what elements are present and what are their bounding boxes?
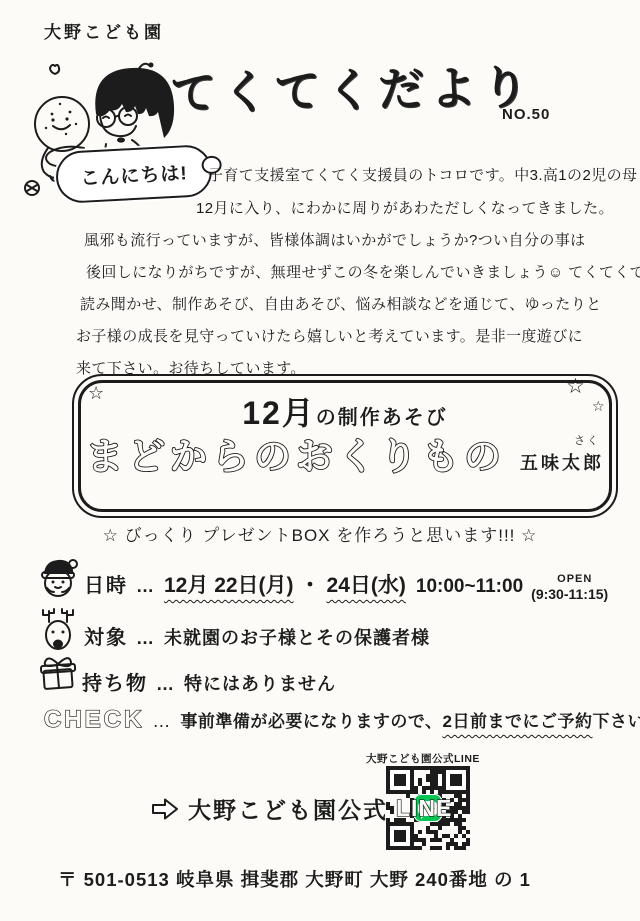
items-label: 持ち物 — [82, 673, 148, 695]
datetime-row: 日時…12月 22日(月)・24日(水)10:00~11:00OPEN(9:30… — [84, 569, 608, 602]
items-value: 特にはありません — [184, 674, 336, 694]
intro-line-7: 来て下さい。お待ちしています。 — [76, 357, 306, 378]
right-arrow-icon — [150, 796, 180, 822]
event-tagline: ☆ びっくり プレゼントBOX を作ろうと思います!!! ☆ — [0, 521, 640, 546]
santa-icon — [36, 556, 80, 602]
open-time-block: OPEN(9:30-11:15) — [531, 573, 608, 602]
intro-line-6: お子様の成長を見守っていけたら嬉しいと考えています。是非一度遊びに — [76, 325, 583, 346]
intro-line-5: 読み聞かせ、制作あそび、自由あそび、悩み相談などを通じて、ゆったりと — [80, 293, 602, 314]
intro-line-1: 子育て支援室てくてく支援員のトコロです。中3.高1の2児の母 — [208, 164, 637, 185]
author-role: さく — [520, 432, 604, 448]
event-date-1: 12月 22日(月) — [164, 574, 294, 597]
address-footer: 〒 501-0513 岐阜県 揖斐郡 大野町 大野 240番地 の 1 — [58, 866, 531, 892]
gift-box-icon — [36, 652, 82, 696]
date-separator: ・ — [300, 574, 321, 597]
greeting-speech-bubble: こんにちは! — [55, 144, 214, 204]
intro-line-2: 12月に入り、にわかに周りがあわただしくなってきました。 — [196, 197, 614, 218]
book-title: まどからのおくりもの — [86, 436, 506, 477]
line-word: LINE — [396, 795, 452, 822]
check-row: CHECK…事前準備が必要になりますので、2日前までにご予約下さい。 — [44, 706, 640, 734]
qr-caption: 大野こども園公式LINE — [366, 751, 480, 766]
intro-line-4: 後回しになりがちですが、無理せずこの冬を楽しんでいきましょう☺ てくてくでは — [86, 261, 640, 282]
event-date-2: 24日(水) — [327, 574, 406, 597]
target-label: 対象 — [84, 627, 128, 649]
issue-number: NO.50 — [502, 106, 550, 123]
author-block: さく五味太郎 — [520, 432, 604, 475]
author-name: 五味太郎 — [520, 449, 604, 475]
line-account-callout: 大野こども園公式LINE — [150, 792, 452, 825]
target-row: 対象…未就園のお子様とその保護者様 — [84, 621, 430, 650]
items-row: 持ち物…特にはありません — [82, 667, 336, 696]
greeting-text: こんにちは! — [80, 158, 189, 191]
open-time: (9:30-11:15) — [531, 586, 608, 602]
newsletter-page: 大野こども園 — [0, 0, 640, 921]
line-account-name: 大野こども園公式 — [188, 792, 388, 825]
event-time: 10:00~11:00 — [416, 576, 523, 597]
reindeer-icon — [36, 606, 80, 654]
org-name: 大野こども園 — [44, 18, 164, 43]
intro-line-3: 風邪も流行っていますが、皆様体調はいかがでしょうか?つい自分の事は — [84, 229, 586, 250]
check-text-post: 下さい。 — [592, 712, 640, 731]
dots: … — [156, 674, 176, 694]
target-value: 未就園のお子様とその保護者様 — [164, 628, 430, 648]
newsletter-title: てくてくだより — [169, 51, 534, 123]
datetime-label: 日時 — [84, 575, 128, 597]
check-label: CHECK — [44, 706, 144, 733]
dots: … — [136, 576, 156, 596]
check-text-underlined: 2日前までにご予約 — [443, 712, 593, 731]
open-label: OPEN — [531, 573, 608, 586]
book-title-row: まどからのおくりものさく五味太郎 — [78, 426, 612, 480]
check-text-pre: 事前準備が必要になりますので、 — [180, 712, 442, 731]
dots: … — [152, 711, 172, 731]
dots: … — [136, 628, 156, 648]
